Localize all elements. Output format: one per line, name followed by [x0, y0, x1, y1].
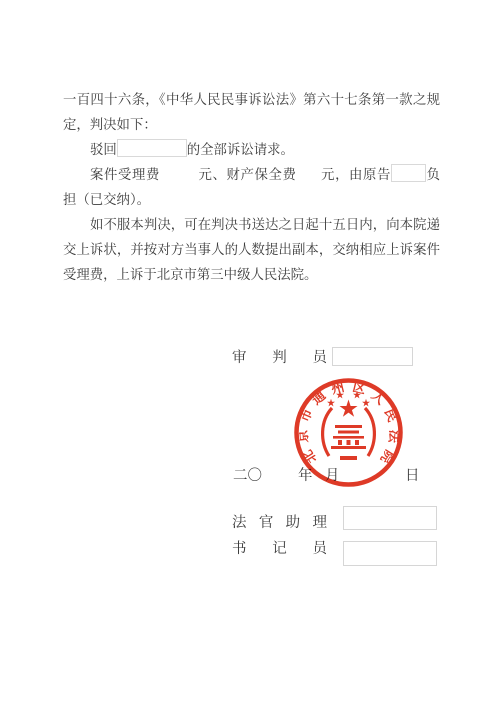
paragraph-ruling: 驳回的全部诉讼请求。	[63, 137, 440, 162]
judgment-body-text: 一百四十六条，《中华人民民事诉讼法》第六十七条第一款之规定，判决如下： 驳回的全…	[63, 87, 440, 287]
redacted-plaintiff-name-box	[117, 139, 187, 157]
redacted-bearer-name-box	[391, 164, 426, 182]
paragraph-appeal-notice: 如不服本判决，可在判决书送达之日起十五日内，向本院递交上诉状，并按对方当事人的人…	[63, 212, 440, 287]
svg-text:京: 京	[295, 429, 311, 443]
judge-label: 审判员	[232, 346, 327, 367]
paragraph-fees: 案件受理费元、财产保全费元，由原告负担（已交纳）。	[63, 162, 440, 212]
assistant-name-box	[343, 506, 437, 530]
fee-seg-acceptance: 案件受理费	[90, 167, 160, 182]
clerk-label: 书记员	[232, 537, 327, 558]
fee-seg-bearer: 元，由原告	[320, 167, 391, 182]
redacted-preservation-amount-gap	[296, 178, 320, 179]
court-seal: 北京市通州区人民法院	[288, 372, 409, 493]
clerk-name-box	[343, 541, 437, 566]
svg-text:通: 通	[309, 388, 329, 408]
judgment-document-page: 一百四十六条，《中华人民民事诉讼法》第六十七条第一款之规定，判决如下： 驳回的全…	[0, 0, 500, 707]
ruling-suffix: 的全部诉讼请求。	[187, 142, 294, 157]
fee-seg-preservation: 元、财产保全费	[198, 167, 297, 182]
judge-name-box	[332, 347, 413, 366]
svg-text:人: 人	[369, 388, 389, 408]
national-emblem-icon	[323, 391, 375, 460]
svg-text:院: 院	[378, 447, 398, 466]
redacted-fee-amount-gap	[160, 178, 198, 179]
date-year-prefix: 二〇	[233, 464, 262, 485]
assistant-label: 法官助理	[232, 511, 327, 532]
seal-arc-text: 北京市通州区人民法院	[295, 379, 403, 466]
paragraph-law-citation: 一百四十六条，《中华人民民事诉讼法》第六十七条第一款之规定，判决如下：	[63, 87, 440, 137]
svg-text:法: 法	[386, 429, 402, 444]
ruling-prefix: 驳回	[90, 142, 117, 157]
svg-text:北: 北	[300, 447, 320, 466]
